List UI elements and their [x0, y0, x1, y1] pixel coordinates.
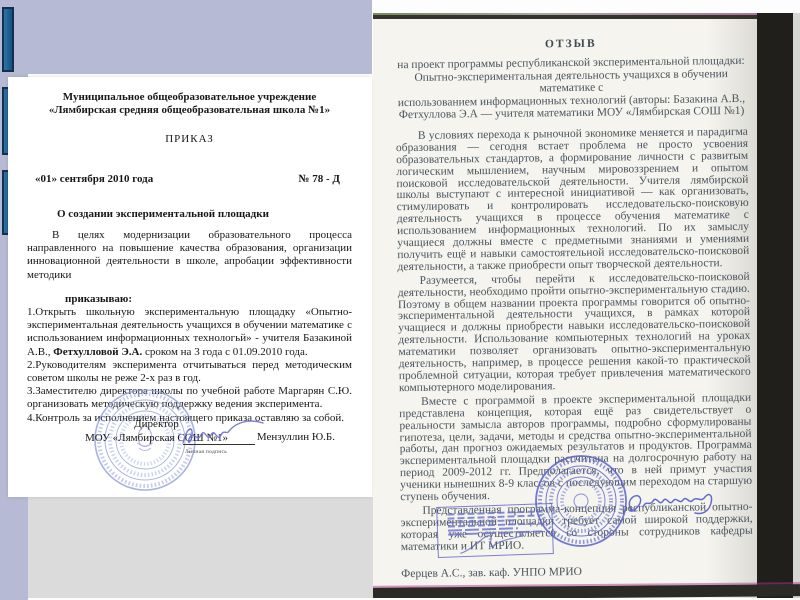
review-paragraph-2: Разумеется, чтобы перейти к исследовател…: [398, 272, 751, 395]
order-document: Муниципальное общеобразовательное учрежд…: [8, 77, 372, 497]
stamp-text-line: [448, 514, 542, 519]
review-subtitle: на проект программы республиканской эксп…: [395, 55, 748, 122]
signature-line: [183, 444, 255, 445]
fertsev-signature-icon: [625, 481, 721, 527]
scan-edge-right: [757, 13, 793, 598]
order-signer-name: Мензуллин Ю.Б.: [257, 431, 335, 444]
scan-edge-right-light: [793, 13, 800, 598]
order-org-line1: Муниципальное общеобразовательное учрежд…: [27, 91, 352, 104]
order-org-line2: «Лямбирская средняя общеобразовательная …: [27, 104, 352, 117]
order-item-1-tail: сроком на 3 года с 01.09.2010 года.: [142, 346, 307, 358]
order-number: № 78 - Д: [298, 173, 340, 186]
order-keyword: приказываю:: [65, 293, 352, 306]
order-item-1-bold-name: Фетхулловой Э.А.: [53, 346, 142, 358]
template-gray-placeholder: [28, 497, 373, 598]
order-date: «01» сентября 2010 года: [35, 173, 153, 186]
order-subject: О создании экспериментальной площадки: [57, 208, 352, 221]
registration-stamp: [436, 503, 554, 558]
scan-edge-top-artifact: [373, 13, 800, 15]
order-doc-type: ПРИКАЗ: [27, 133, 352, 146]
order-item-1: 1.Открыть школьную экспериментальную пло…: [27, 306, 352, 359]
order-signature-block: Директор МОУ «Лямбирская СОШ №1» Личная …: [27, 415, 353, 485]
review-subtitle-line2: Опытно-экспериментальная деятельность уч…: [414, 68, 728, 95]
review-document-scan: ОТЗЫВ на проект программы республиканско…: [373, 13, 800, 598]
review-signer: Ферцев А.С., зав. каф. УНПО МРИО: [401, 564, 753, 580]
review-title: ОТЗЫВ: [395, 37, 747, 53]
order-item-2: 2.Руководителям эксперимента отчитыватьс…: [27, 359, 352, 385]
order-date-row: «01» сентября 2010 года № 78 - Д: [27, 173, 352, 186]
signature-caption: Личная подпись: [185, 446, 227, 459]
order-signer-role-line1: Директор: [134, 418, 179, 430]
stamp-signature-icon: [456, 529, 527, 557]
template-blue-square-1: [2, 7, 14, 72]
order-intro: В целях модернизации образовательного пр…: [27, 229, 352, 282]
review-paragraph-1: В условиях перехода к рыночной экономике…: [396, 127, 750, 274]
template-lavender-header: [0, 0, 372, 74]
